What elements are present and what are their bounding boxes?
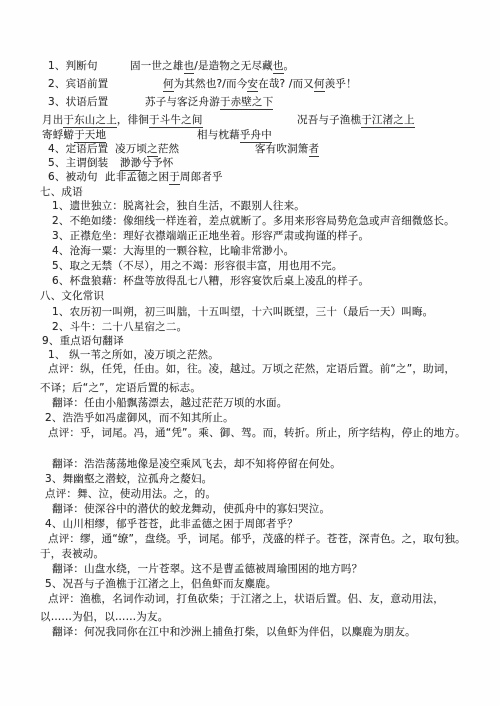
text-line: 3、正襟危坐：理好衣襟端端正正地坐着。形容严肃或拘谨的样子。 xyxy=(52,230,369,242)
text-line: 翻译：山盘水绕，一片苍翠。这不是曹孟德被周瑜围困的地方吗？ xyxy=(52,563,362,575)
text-line: 1、判断句 xyxy=(48,60,98,72)
text-line: 不译；后“之”，定语后置的标志。 xyxy=(40,382,201,394)
text-run: 1、农历初一叫朔，初三叫朏，十五叫望，十六叫既望，三十（最后一天）叫晦。 xyxy=(52,306,433,318)
underlined-text-run: 者 xyxy=(309,143,320,157)
text-run: 况吾与子渔樵 xyxy=(297,114,361,126)
underlined-text-run: 何 xyxy=(314,78,325,92)
text-line: 相与枕藉乎舟中 xyxy=(197,129,272,141)
text-run: 翻译：任由小船飘荡漂去，越过茫茫万顷的水面。 xyxy=(52,397,287,409)
text-run: 点评：纵，任凭，任由。如，往。凌，越过。万顷之茫然，定语后置。前“之”，助词， xyxy=(48,363,455,375)
text-run: 1、 纵一苇之所如，凌万顷之茫然。 xyxy=(48,349,219,361)
text-line: 2、不绝如缕：像细线一样连着，差点就断了。多用来形容局势危急或声音细微悠长。 xyxy=(52,215,455,227)
underlined-text-run: 于天地 xyxy=(74,129,106,143)
text-line: 1、 纵一苇之所如，凌万顷之茫然。 xyxy=(48,349,219,361)
text-run: 2、斗牛：二十八星宿之二。 xyxy=(52,321,187,333)
underlined-text-run: 也 xyxy=(184,60,195,74)
underlined-text-run: 于斗牛之间 xyxy=(149,114,203,128)
underlined-text-run: 乎舟中 xyxy=(240,129,272,143)
underlined-text-run: 何 xyxy=(163,78,174,92)
text-line: 点评：缪，通“缭”，盘绕。乎，词尾。郁乎，茂盛的样子。苍苍，深青色。之，取句独。 xyxy=(48,533,466,545)
text-line: 5、况吾与子渔樵于江渚之上，侣鱼虾而友麋鹿。 xyxy=(45,578,277,590)
text-line: 翻译：任由小船飘荡漂去，越过茫茫万顷的水面。 xyxy=(52,397,287,409)
text-line: 点评：纵，任凭，任由。如，往。凌，越过。万顷之茫然，定语后置。前“之”，助词， xyxy=(48,363,455,375)
text-run: 3、状语后置 xyxy=(48,96,108,108)
underlined-text-run: 之 xyxy=(147,143,158,157)
text-run: 固一世之雄 xyxy=(130,60,184,72)
text-line: 9、重点语句翻译 xyxy=(42,335,124,347)
underlined-text-run: 也 xyxy=(273,60,284,74)
text-run: 八、文化常识 xyxy=(40,290,104,302)
text-line: 月出于东山之上，徘徊于斗牛之间 xyxy=(42,114,203,126)
text-line: 5、取之无禁（不尽），用之不竭：形容很丰富，用也用不完。 xyxy=(52,260,343,272)
text-run: 点评：渔樵，名词作动词，打鱼砍柴；于江渚之上，状语后置。侣、友，意动用法， xyxy=(48,593,444,605)
text-line: 1、农历初一叫朔，初三叫朏，十五叫望，十六叫既望，三十（最后一天）叫晦。 xyxy=(52,306,433,318)
text-run: 2、不绝如缕：像细线一样连着，差点就断了。多用来形容局势危急或声音细微悠长。 xyxy=(52,215,455,227)
text-run: 相与枕藉 xyxy=(197,129,240,141)
text-run: 于，表被动。 xyxy=(40,548,104,560)
text-run: 5、主谓倒装 xyxy=(48,157,108,169)
text-run: 4、山川相缪，郁乎苍苍，此非孟德之困于周郎者乎？ xyxy=(45,518,298,530)
text-line: 3、舞幽壑之潜蛟，泣孤舟之嫠妇。 xyxy=(45,473,212,485)
text-run: 6、杯盘狼藉：杯盘等放得乱七八糟，形容宴饮后桌上凌乱的样子。 xyxy=(52,275,369,287)
document-page: 1、判断句固一世之雄也/是造物之无尽藏也。2、宾语前置何为其然也?/而今安在哉?… xyxy=(0,0,500,706)
text-line: 翻译：何况我同你在江中和沙洲上捕鱼打柴，以鱼虾为伴侣，以麋鹿为朋友。 xyxy=(52,626,416,638)
text-run: 为其然也?/而今 xyxy=(174,78,248,90)
text-run: 3、正襟危坐：理好衣襟端端正正地坐着。形容严肃或拘谨的样子。 xyxy=(52,230,369,242)
underlined-text-run: 于赤壁之下 xyxy=(220,96,274,110)
text-line: 渺渺兮予怀 xyxy=(120,157,174,169)
text-line: 2、宾语前置 xyxy=(48,78,108,90)
text-run: 5、况吾与子渔樵于江渚之上，侣鱼虾而友麋鹿。 xyxy=(45,578,277,590)
text-line: 3、状语后置 xyxy=(48,96,108,108)
text-run: 2、宾语前置 xyxy=(48,78,108,90)
text-run: 此非孟德之困 xyxy=(105,171,169,183)
text-run: 不译；后“之”，定语后置的标志。 xyxy=(40,382,201,394)
text-line: 5、主谓倒装 xyxy=(48,157,108,169)
text-run: /是造物之无尽藏 xyxy=(194,60,273,72)
text-run: 羡乎！ xyxy=(325,78,357,90)
text-line: 点评：乎，词尾。冯，通“凭”。乘、御、驾。而，转折。所止，所字结构，停止的地方。 xyxy=(48,427,466,439)
text-line: 八、文化常识 xyxy=(40,290,104,302)
underlined-text-run: 渺渺 xyxy=(120,157,141,171)
text-run: 6、被动句 xyxy=(48,171,98,183)
underlined-text-run: 安 xyxy=(247,78,258,92)
text-run: 点评：乎，词尾。冯，通“凭”。乘、御、驾。而，转折。所止，所字结构，停止的地方。 xyxy=(48,427,466,439)
text-run: 4、定语后置 xyxy=(48,143,108,155)
underlined-text-run: 于 xyxy=(169,171,180,185)
text-run: 1、判断句 xyxy=(48,60,98,72)
text-run: 翻译：浩浩荡荡地像是凌空乘风飞去，却不知将停留在何处。 xyxy=(52,458,341,470)
text-run: 月出 xyxy=(42,114,63,126)
text-run: 2、浩浩乎如冯虚御风，而不知其所止。 xyxy=(45,412,234,424)
text-line: 以……为侣，以……为友。 xyxy=(40,611,168,623)
text-run: ，徘徊 xyxy=(117,114,149,126)
text-line: 6、被动句 xyxy=(48,171,98,183)
text-line: 七、成语 xyxy=(40,186,83,198)
text-run: 兮予怀 xyxy=(141,157,173,169)
text-line: 于，表被动。 xyxy=(40,548,104,560)
text-line: 翻译：使深谷中的潜伏的蛟龙舞动，使孤舟中的寡妇哭泣。 xyxy=(52,503,330,515)
text-line: 翻译：浩浩荡荡地像是凌空乘风飞去，却不知将停留在何处。 xyxy=(52,458,341,470)
text-line: 固一世之雄也/是造物之无尽藏也。 xyxy=(130,60,294,72)
text-run: 9、重点语句翻译 xyxy=(42,335,124,347)
text-line: 凌万顷之茫然 xyxy=(115,143,179,155)
text-run: 5、取之无禁（不尽），用之不竭：形容很丰富，用也用不完。 xyxy=(52,260,343,272)
text-line: 寄蜉蝣于天地 xyxy=(42,129,106,141)
text-run: 寄蜉蝣 xyxy=(42,129,74,141)
text-line: 2、浩浩乎如冯虚御风，而不知其所止。 xyxy=(45,412,234,424)
text-line: 2、斗牛：二十八星宿之二。 xyxy=(52,321,187,333)
underlined-text-run: 于东山之上 xyxy=(63,114,117,128)
text-line: 点评：舞、泣，使动用法。之，的。 xyxy=(45,488,216,500)
text-run: 在哉? /而又 xyxy=(258,78,314,90)
text-run: 翻译：山盘水绕，一片苍翠。这不是曹孟德被周瑜围困的地方吗？ xyxy=(52,563,362,575)
text-run: 以……为侣，以……为友。 xyxy=(40,611,168,623)
text-line: 苏子与客泛舟游于赤壁之下 xyxy=(145,96,273,108)
text-run: 点评：舞、泣，使动用法。之，的。 xyxy=(45,488,216,500)
text-run: 3、舞幽壑之潜蛟，泣孤舟之嫠妇。 xyxy=(45,473,212,485)
underlined-text-run: 于江渚之上 xyxy=(361,114,415,128)
text-run: 茫然 xyxy=(158,143,179,155)
text-run: 苏子与客泛舟游 xyxy=(145,96,220,108)
text-run: 凌万顷 xyxy=(115,143,147,155)
text-line: 点评：渔樵，名词作动词，打鱼砍柴；于江渚之上，状语后置。侣、友，意动用法， xyxy=(48,593,444,605)
text-run: 翻译：何况我同你在江中和沙洲上捕鱼打柴，以鱼虾为伴侣，以麋鹿为朋友。 xyxy=(52,626,416,638)
text-run: 客有吹洞箫 xyxy=(255,143,309,155)
text-run: 点评：缪，通“缭”，盘绕。乎，词尾。郁乎，茂盛的样子。苍苍，深青色。之，取句独。 xyxy=(48,533,466,545)
text-line: 6、杯盘狼藉：杯盘等放得乱七八糟，形容宴饮后桌上凌乱的样子。 xyxy=(52,275,369,287)
text-line: 此非孟德之困于周郎者乎 xyxy=(105,171,223,183)
text-line: 客有吹洞箫者 xyxy=(255,143,319,155)
text-line: 何为其然也?/而今安在哉? /而又何羡乎！ xyxy=(163,78,357,90)
text-run: 1、遗世独立：脱离社会，独自生活，不跟别人往来。 xyxy=(52,200,305,212)
text-run: 4、沧海一粟：大海里的一颗谷粒，比喻非常渺小。 xyxy=(52,245,294,257)
text-line: 4、沧海一粟：大海里的一颗谷粒，比喻非常渺小。 xyxy=(52,245,294,257)
text-line: 4、山川相缪，郁乎苍苍，此非孟德之困于周郎者乎？ xyxy=(45,518,298,530)
text-line: 4、定语后置 xyxy=(48,143,108,155)
text-line: 1、遗世独立：脱离社会，独自生活，不跟别人往来。 xyxy=(52,200,305,212)
text-run: 周郎者乎 xyxy=(180,171,223,183)
text-run: 七、成语 xyxy=(40,186,83,198)
text-run: 翻译：使深谷中的潜伏的蛟龙舞动，使孤舟中的寡妇哭泣。 xyxy=(52,503,330,515)
text-run: 。 xyxy=(284,60,295,72)
text-line: 况吾与子渔樵于江渚之上 xyxy=(297,114,415,126)
